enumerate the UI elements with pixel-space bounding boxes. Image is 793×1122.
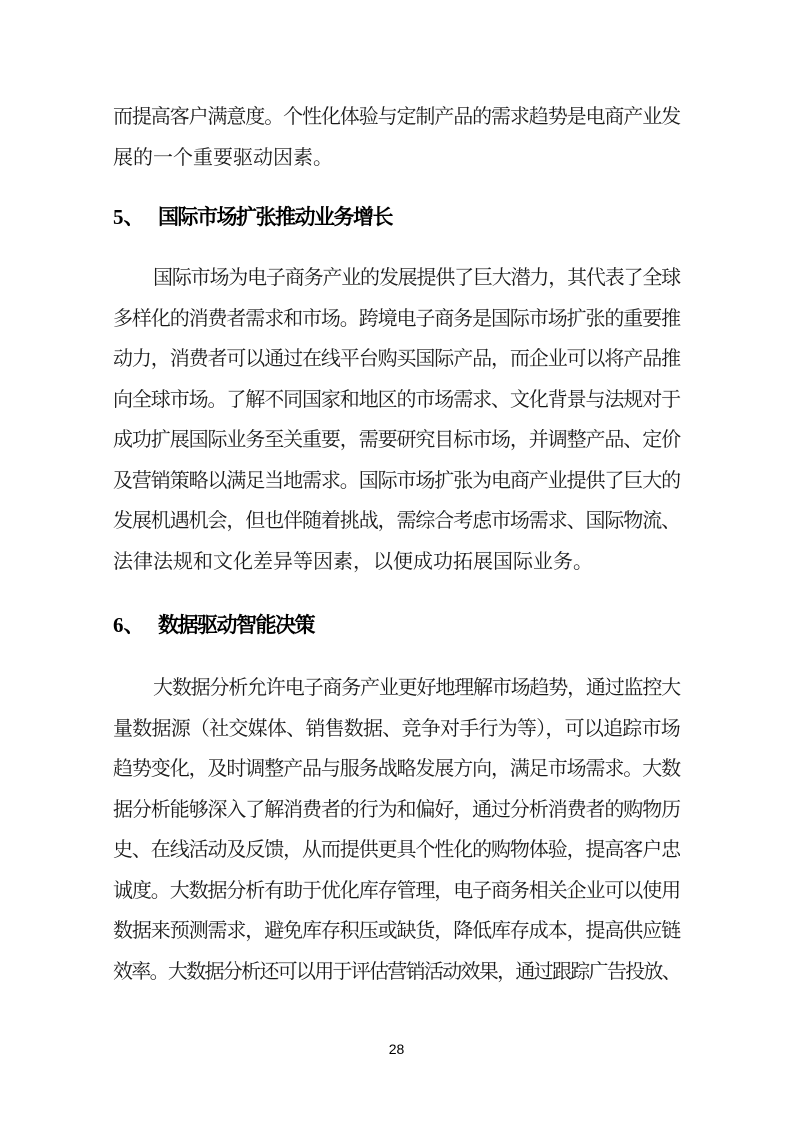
- text-line: 量数据源（社交媒体、销售数据、竞争对手行为等），可以追踪市场: [113, 709, 680, 750]
- text-line: 效率。大数据分析还可以用于评估营销活动效果，通过跟踪广告投放、: [113, 952, 680, 993]
- text-line: 发展机遇机会，但也伴随着挑战，需综合考虑市场需求、国际物流、: [113, 501, 680, 542]
- section-heading-6: 6、数据驱动智能决策: [113, 605, 680, 646]
- section6-paragraph: 大数据分析允许电子商务产业更好地理解市场趋势，通过监控大 量数据源（社交媒体、销…: [113, 668, 680, 992]
- text-line: 成功扩展国际业务至关重要，需要研究目标市场，并调整产品、定价: [113, 420, 680, 461]
- document-page: 而提高客户满意度。个性化体验与定制产品的需求趋势是电商产业发 展的一个重要驱动因…: [0, 0, 793, 1122]
- text-line: 史、在线活动及反馈，从而提供更具个性化的购物体验，提高客户忠: [113, 830, 680, 871]
- intro-paragraph: 而提高客户满意度。个性化体验与定制产品的需求趋势是电商产业发 展的一个重要驱动因…: [113, 97, 680, 178]
- text-line: 展的一个重要驱动因素。: [113, 138, 680, 179]
- page-number: 28: [0, 1041, 793, 1057]
- section-title: 数据驱动智能决策: [158, 613, 314, 637]
- text-line: 动力，消费者可以通过在线平台购买国际产品，而企业可以将产品推: [113, 339, 680, 380]
- text-line: 大数据分析允许电子商务产业更好地理解市场趋势，通过监控大: [113, 668, 680, 709]
- section-number: 6、: [113, 605, 158, 646]
- section5-paragraph: 国际市场为电子商务产业的发展提供了巨大潜力，其代表了全球 多样化的消费者需求和市…: [113, 258, 680, 582]
- text-line: 向全球市场。了解不同国家和地区的市场需求、文化背景与法规对于: [113, 380, 680, 421]
- text-line: 趋势变化，及时调整产品与服务战略发展方向，满足市场需求。大数: [113, 749, 680, 790]
- section-title: 国际市场扩张推动业务增长: [158, 205, 392, 229]
- text-line: 据分析能够深入了解消费者的行为和偏好，通过分析消费者的购物历: [113, 790, 680, 831]
- page-content: 而提高客户满意度。个性化体验与定制产品的需求趋势是电商产业发 展的一个重要驱动因…: [113, 97, 680, 992]
- text-line: 数据来预测需求，避免库存积压或缺货，降低库存成本，提高供应链: [113, 911, 680, 952]
- text-line: 法律法规和文化差异等因素，以便成功拓展国际业务。: [113, 542, 680, 583]
- section-heading-5: 5、国际市场扩张推动业务增长: [113, 197, 680, 238]
- text-line: 诚度。大数据分析有助于优化库存管理，电子商务相关企业可以使用: [113, 871, 680, 912]
- text-line: 及营销策略以满足当地需求。国际市场扩张为电商产业提供了巨大的: [113, 461, 680, 502]
- text-line: 多样化的消费者需求和市场。跨境电子商务是国际市场扩张的重要推: [113, 299, 680, 340]
- text-line: 国际市场为电子商务产业的发展提供了巨大潜力，其代表了全球: [113, 258, 680, 299]
- text-line: 而提高客户满意度。个性化体验与定制产品的需求趋势是电商产业发: [113, 97, 680, 138]
- section-number: 5、: [113, 197, 158, 238]
